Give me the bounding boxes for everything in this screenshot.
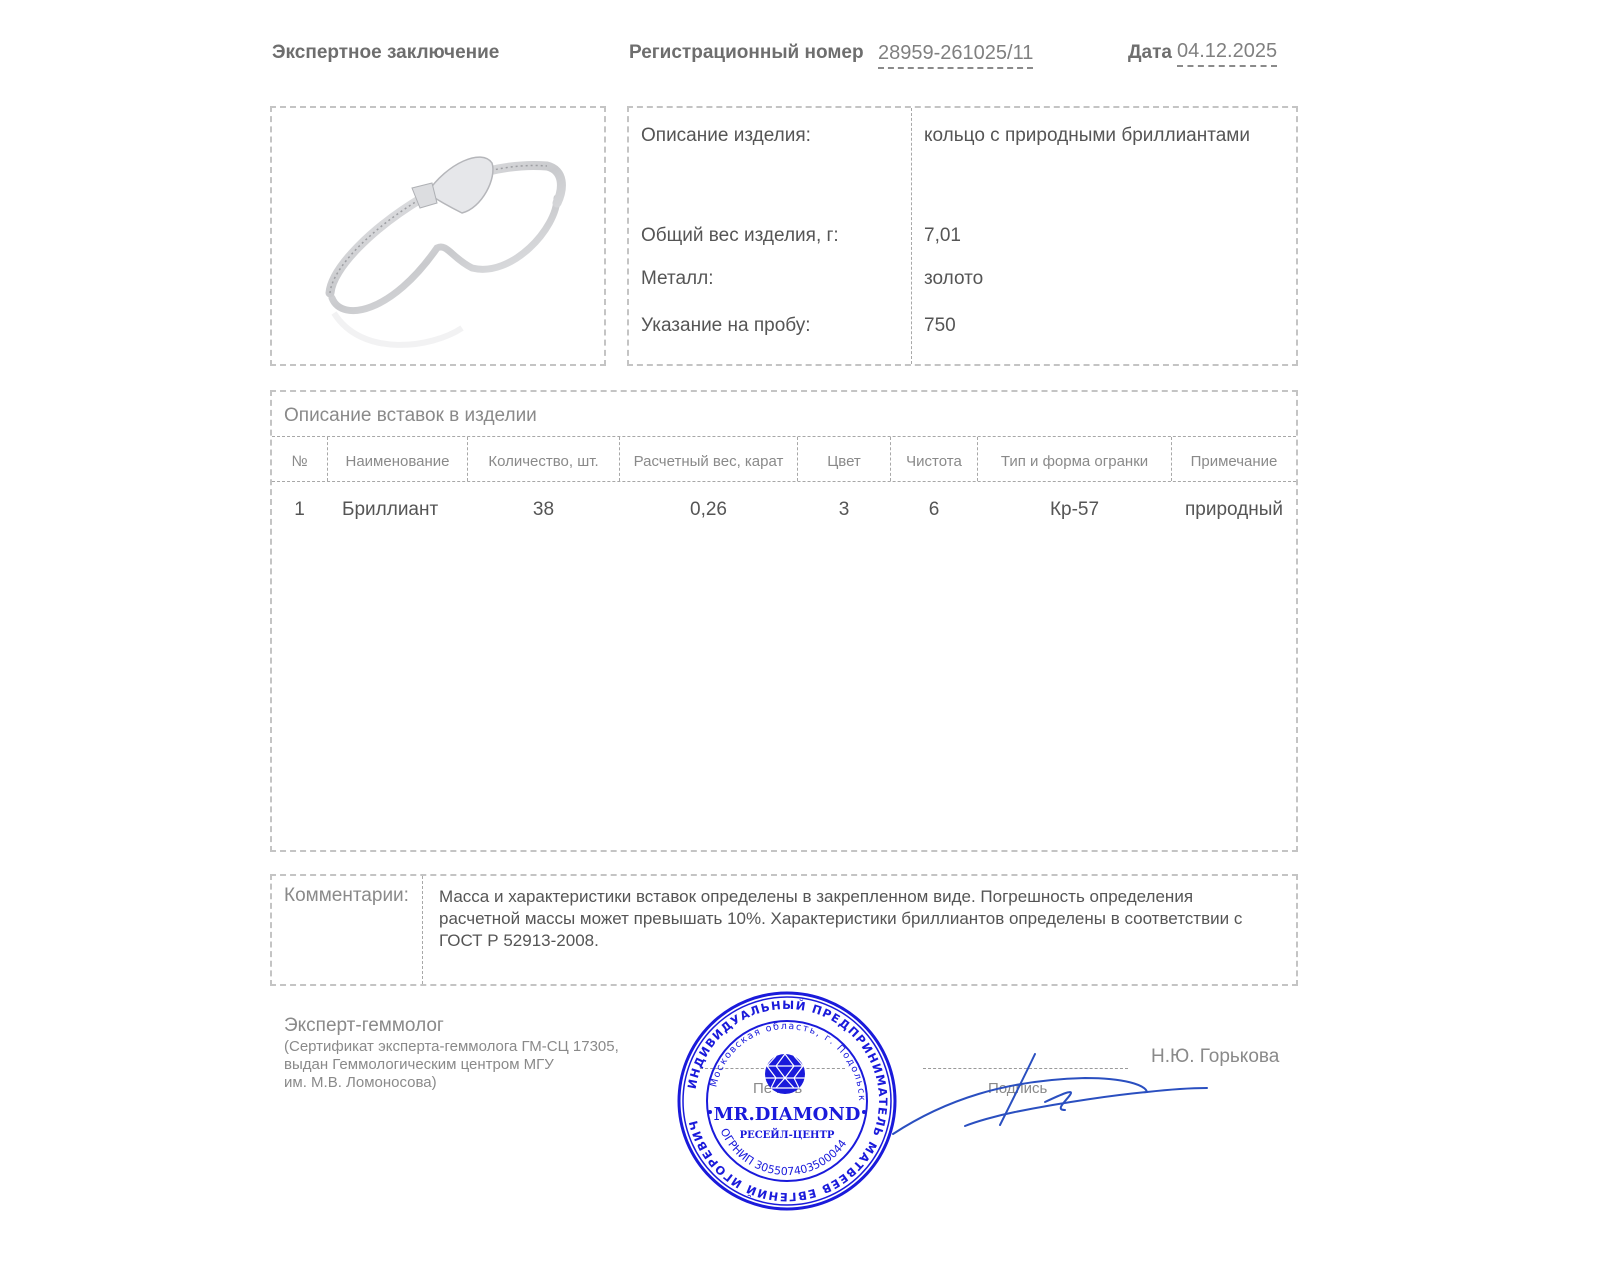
total-weight-value: 7,01 <box>924 225 961 247</box>
ring-image <box>272 108 604 364</box>
comments-divider <box>422 876 423 984</box>
cert-line: (Сертификат эксперта-геммолога ГМ-СЦ 173… <box>284 1038 619 1056</box>
metal-label: Металл: <box>641 268 713 290</box>
hallmark-value: 750 <box>924 315 956 337</box>
date-value: 04.12.2025 <box>1177 40 1277 67</box>
expert-title: Эксперт-геммолог <box>284 1015 444 1037</box>
cell-quantity: 38 <box>468 499 619 521</box>
stamp-seal-icon: ИНДИВИДУАЛЬНЫЙ ПРЕДПРИНИМАТЕЛЬ МАТВЕЕВ Е… <box>676 990 898 1212</box>
cell-number: 1 <box>272 499 327 521</box>
cell-cut: Кр-57 <box>978 499 1171 521</box>
cell-clarity: 6 <box>891 499 977 521</box>
svg-text:РЕСЕЙЛ-ЦЕНТР: РЕСЕЙЛ-ЦЕНТР <box>740 1128 835 1141</box>
metal-value: золото <box>924 268 983 290</box>
col-header-cut: Тип и форма огранки <box>978 453 1171 470</box>
table-header-top-line <box>272 436 1296 437</box>
comments-label: Комментарии: <box>284 885 409 907</box>
comments-text: Масса и характеристики вставок определен… <box>439 886 1242 952</box>
cell-color: 3 <box>798 499 890 521</box>
hallmark-label: Указание на пробу: <box>641 315 811 337</box>
col-header-name: Наименование <box>328 453 467 470</box>
svg-text:MR.DIAMOND: MR.DIAMOND <box>714 1104 861 1125</box>
col-header-number: № <box>272 453 327 470</box>
col-header-note: Примечание <box>1172 453 1296 470</box>
total-weight-label: Общий вес изделия, г: <box>641 225 839 247</box>
product-description-label: Описание изделия: <box>641 125 811 147</box>
col-header-quantity: Количество, шт. <box>468 453 619 470</box>
product-description-value: кольцо с природными бриллиантами <box>924 125 1250 147</box>
table-header-bottom-line <box>272 481 1296 482</box>
product-image-box <box>270 106 606 366</box>
comment-line: расчетной массы может превышать 10%. Хар… <box>439 908 1242 930</box>
comment-line: ГОСТ Р 52913-2008. <box>439 930 1242 952</box>
cell-note: природный <box>1172 499 1296 521</box>
cell-weight: 0,26 <box>620 499 797 521</box>
reg-number-value: 28959-261025/11 <box>878 42 1033 69</box>
inserts-title: Описание вставок в изделии <box>284 405 537 427</box>
signature-icon <box>885 1050 1225 1140</box>
expert-certificate: (Сертификат эксперта-геммолога ГМ-СЦ 173… <box>284 1038 619 1092</box>
cell-name: Бриллиант <box>342 499 438 521</box>
cert-line: им. М.В. Ломоносова) <box>284 1074 619 1092</box>
product-info-divider <box>911 108 912 364</box>
document-title: Экспертное заключение <box>272 42 499 64</box>
comment-line: Масса и характеристики вставок определен… <box>439 886 1242 908</box>
date-label: Дата <box>1128 42 1172 64</box>
col-header-color: Цвет <box>798 453 890 470</box>
reg-number-label: Регистрационный номер <box>629 42 864 64</box>
cert-line: выдан Геммологическим центром МГУ <box>284 1056 619 1074</box>
official-stamp: ИНДИВИДУАЛЬНЫЙ ПРЕДПРИНИМАТЕЛЬ МАТВЕЕВ Е… <box>676 990 898 1212</box>
col-header-weight: Расчетный вес, карат <box>620 453 797 470</box>
signature-scribble <box>885 1050 1225 1140</box>
col-header-clarity: Чистота <box>891 453 977 470</box>
